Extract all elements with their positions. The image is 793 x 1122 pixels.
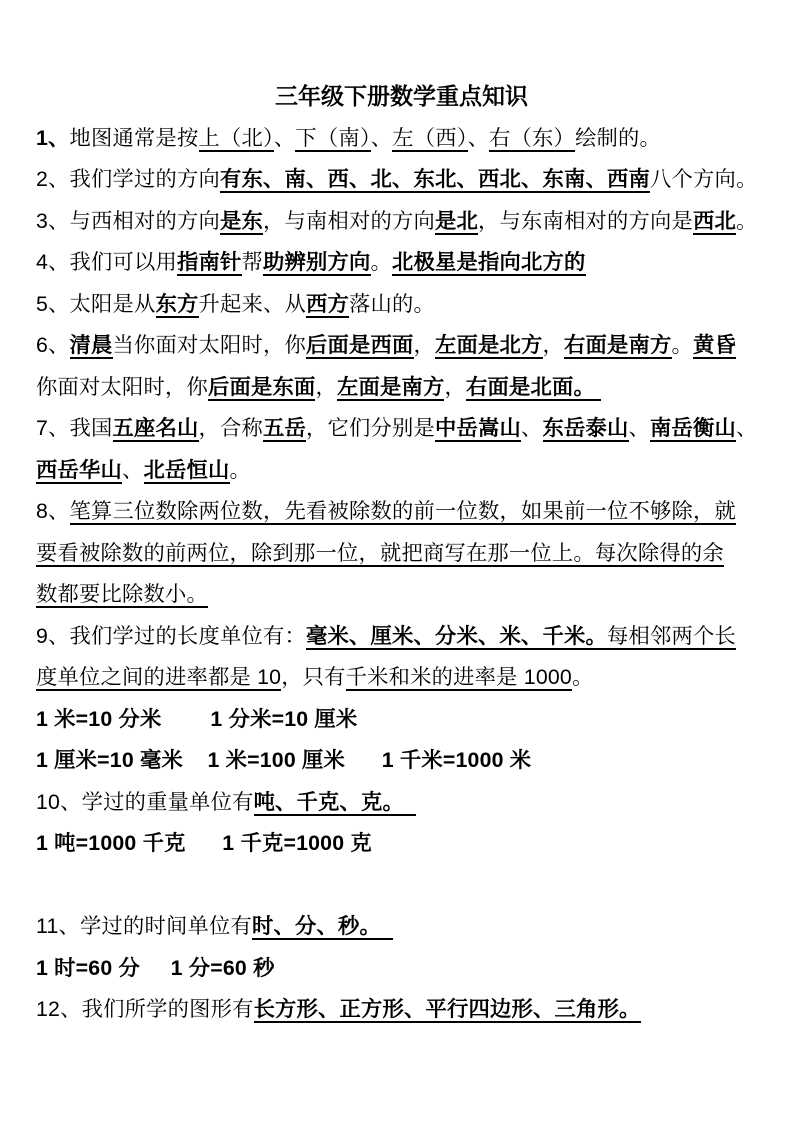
text-run: 左面是北方 — [435, 333, 543, 359]
text-run: 、 — [274, 126, 296, 150]
item-4: 4、我们可以用指南针帮助辨别方向。北极星是指向北方的 — [36, 242, 767, 284]
text-run: 西岳华山 — [36, 458, 122, 484]
text-run: 清晨 — [70, 333, 113, 359]
text-run: 9、我们学过的长度单位有： — [36, 624, 306, 648]
text-run: ， — [315, 375, 337, 399]
text-run: 3、与西相对的方向 — [36, 209, 220, 233]
text-run: 五座名山 — [113, 416, 199, 442]
text-run: ，它们分别是 — [306, 416, 435, 440]
text-run: 有东、南、西、北、东北、西北、东南、西南 — [220, 167, 650, 193]
text-run: ，只有 — [281, 665, 346, 689]
item-5: 5、太阳是从东方升起来、从西方落山的。 — [36, 284, 767, 326]
item-9-line-2: 度单位之间的进率都是 10，只有千米和米的进率是 1000。 — [36, 657, 767, 699]
text-run: 12、我们所学的图形有 — [36, 997, 254, 1021]
text-run: 、 — [468, 126, 490, 150]
item-9-line-1: 9、我们学过的长度单位有：毫米、厘米、分米、米、千米。每相邻两个长 — [36, 616, 767, 658]
text-run: 右（东） — [489, 126, 575, 152]
text-run: 上（北） — [199, 126, 274, 152]
text-run: 笔算三位数除两位数，先看被除数的前一位数，如果前一位不够除，就 — [70, 499, 736, 525]
text-run: 帮 — [242, 250, 264, 274]
text-run: ，合称 — [199, 416, 264, 440]
text-run: 。 — [572, 665, 594, 689]
text-run: 东方 — [156, 292, 199, 318]
item-8-line-1: 8、笔算三位数除两位数，先看被除数的前一位数，如果前一位不够除，就 — [36, 491, 767, 533]
length-formula-2: 1 厘米=10 毫米 1 米=100 厘米 1 千米=1000 米 — [36, 740, 767, 782]
text-run: 毫米、厘米、分米、米、千米。 — [306, 624, 607, 650]
text-run: 右面是南方 — [564, 333, 672, 359]
text-run: 西北 — [693, 209, 736, 235]
text-run: 、 — [122, 458, 144, 482]
item-6-line-2: 你面对太阳时，你后面是东面，左面是南方，右面是北面。 — [36, 367, 767, 409]
text-run: ， — [543, 333, 565, 357]
item-7-line-2: 西岳华山、北岳恒山。 — [36, 450, 767, 492]
length-formula-1: 1 米=10 分米 1 分米=10 厘米 — [36, 699, 767, 741]
text-run: 北极星是指向北方的 — [392, 250, 585, 276]
text-run: 你面对太阳时，你 — [36, 375, 208, 399]
blank-line — [36, 865, 767, 907]
text-run: ， — [414, 333, 436, 357]
text-run: 是东 — [220, 209, 263, 235]
text-run: 黄昏 — [693, 333, 736, 359]
text-run: 8、 — [36, 499, 70, 523]
item-10: 10、学过的重量单位有吨、千克、克。 — [36, 782, 767, 824]
text-run: 中岳嵩山 — [435, 416, 521, 442]
text-run: 、 — [371, 126, 393, 150]
page-title: 三年级下册数学重点知识 — [36, 76, 767, 118]
text-run: 右面是北面。 — [466, 375, 601, 401]
text-run: 1、 — [36, 126, 70, 150]
document-body: 1、地图通常是按上（北）、下（南）、左（西）、右（东）绘制的。2、我们学过的方向… — [36, 118, 767, 1031]
text-run: 4、我们可以用 — [36, 250, 177, 274]
text-run: 后面是西面 — [306, 333, 414, 359]
item-7-line-1: 7、我国五座名山，合称五岳，它们分别是中岳嵩山、东岳泰山、南岳衡山、 — [36, 408, 767, 450]
text-run: 11、学过的时间单位有 — [36, 914, 252, 938]
text-run: 。 — [371, 250, 393, 274]
weight-formula: 1 吨=1000 千克 1 千克=1000 克 — [36, 823, 767, 865]
text-run: 1 时=60 分 1 分=60 秒 — [36, 956, 275, 980]
text-run: 、 — [629, 416, 651, 440]
text-run: 是北 — [435, 209, 478, 235]
text-run: 东岳泰山 — [543, 416, 629, 442]
item-12: 12、我们所学的图形有长方形、正方形、平行四边形、三角形。 — [36, 989, 767, 1031]
text-run: 西方 — [306, 292, 349, 318]
text-run: 时、分、秒。 — [252, 914, 393, 940]
text-run: 助辨别方向 — [263, 250, 371, 276]
text-run: ， — [444, 375, 466, 399]
text-run: 八个方向。 — [650, 167, 758, 191]
text-run: 地图通常是按 — [70, 126, 199, 150]
text-run: 度单位之间的进率都是 10 — [36, 665, 281, 691]
text-run: 南岳衡山 — [650, 416, 736, 442]
text-run: 7、我国 — [36, 416, 113, 440]
text-run: 左面是南方 — [337, 375, 445, 401]
text-run: 长方形、正方形、平行四边形、三角形。 — [254, 997, 641, 1023]
text-run: 指南针 — [177, 250, 242, 276]
time-formula: 1 时=60 分 1 分=60 秒 — [36, 948, 767, 990]
item-6-line-1: 6、清晨当你面对太阳时，你后面是西面，左面是北方，右面是南方。黄昏 — [36, 325, 767, 367]
text-run — [36, 873, 42, 897]
text-run: 。 — [672, 333, 694, 357]
text-run: 当你面对太阳时，你 — [113, 333, 306, 357]
item-8-line-3: 数都要比除数小。 — [36, 574, 767, 616]
text-run: 落山的。 — [349, 292, 435, 316]
text-run: 、 — [736, 416, 758, 440]
text-run: 1 米=10 分米 1 分米=10 厘米 — [36, 707, 357, 731]
text-run: 10、学过的重量单位有 — [36, 790, 254, 814]
text-run: 1 吨=1000 千克 1 千克=1000 克 — [36, 831, 372, 855]
item-1: 1、地图通常是按上（北）、下（南）、左（西）、右（东）绘制的。 — [36, 118, 767, 160]
text-run: 2、我们学过的方向 — [36, 167, 220, 191]
text-run: 每相邻两个长 — [607, 624, 736, 650]
text-run: 后面是东面 — [208, 375, 316, 401]
text-run: 北岳恒山 — [144, 458, 230, 484]
item-8-line-2: 要看被除数的前两位，除到那一位，就把商写在那一位上。每次除得的余 — [36, 533, 767, 575]
text-run: 下（南） — [295, 126, 370, 152]
text-run: 。 — [736, 209, 758, 233]
item-2: 2、我们学过的方向有东、南、西、北、东北、西北、东南、西南八个方向。 — [36, 159, 767, 201]
text-run: 五岳 — [263, 416, 306, 442]
document-page: 三年级下册数学重点知识 1、地图通常是按上（北）、下（南）、左（西）、右（东）绘… — [0, 0, 793, 1122]
text-run: 、 — [521, 416, 543, 440]
text-run: 左（西） — [392, 126, 467, 152]
text-run: 1 厘米=10 毫米 1 米=100 厘米 1 千米=1000 米 — [36, 748, 531, 772]
text-run: 5、太阳是从 — [36, 292, 156, 316]
text-run: 吨、千克、克。 — [254, 790, 417, 816]
text-run: 数都要比除数小。 — [36, 582, 208, 608]
text-run: 升起来、从 — [199, 292, 307, 316]
text-run: 6、 — [36, 333, 70, 357]
text-run: 千米和米的进率是 1000 — [346, 665, 572, 691]
text-run: 要看被除数的前两位，除到那一位，就把商写在那一位上。每次除得的余 — [36, 541, 724, 567]
item-3: 3、与西相对的方向是东，与南相对的方向是北，与东南相对的方向是西北。 — [36, 201, 767, 243]
text-run: 。 — [230, 458, 252, 482]
text-run: 绘制的。 — [575, 126, 661, 150]
text-run: ，与东南相对的方向是 — [478, 209, 693, 233]
text-run: ，与南相对的方向 — [263, 209, 435, 233]
item-11: 11、学过的时间单位有时、分、秒。 — [36, 906, 767, 948]
